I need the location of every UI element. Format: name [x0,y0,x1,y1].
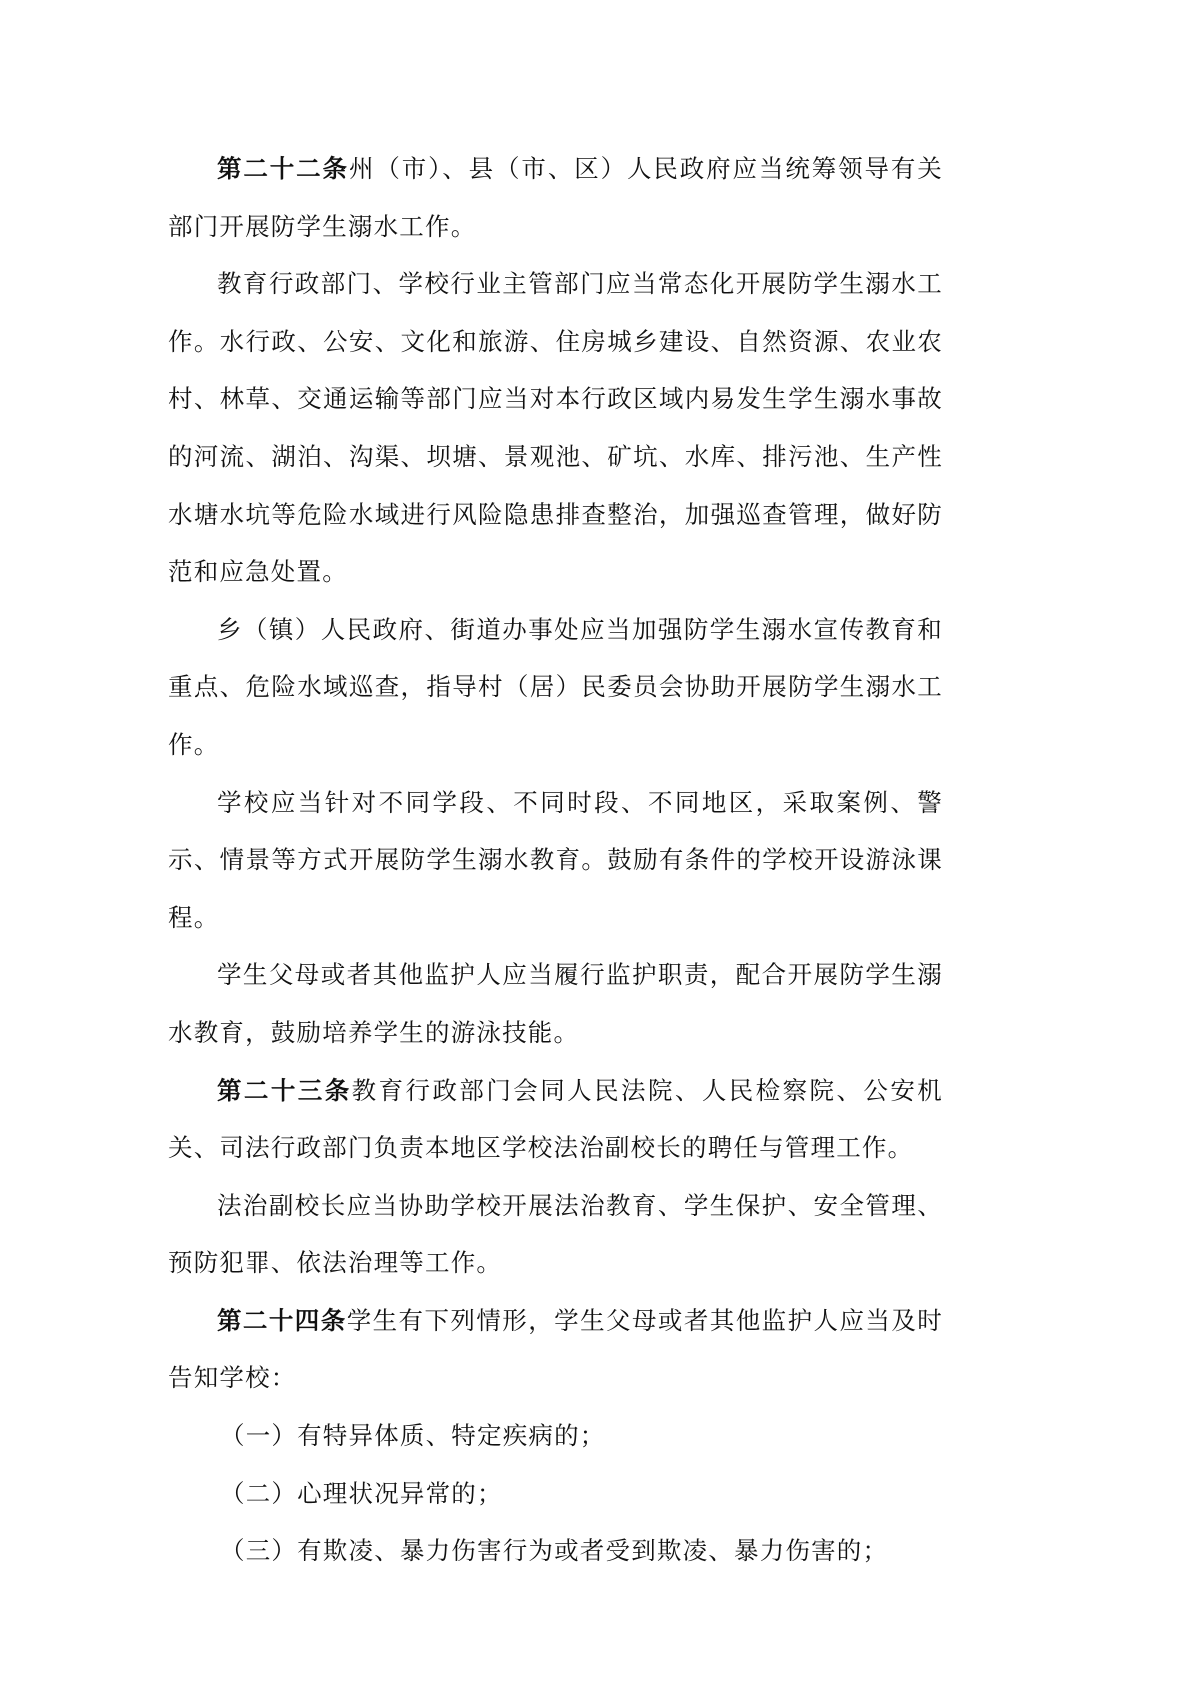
document-page: 第二十二条州（市）、县（市、区）人民政府应当统筹领导有关部门开展防学生溺水工作。… [168,140,943,1580]
paragraph: 学校应当针对不同学段、不同时段、不同地区，采取案例、警示、情景等方式开展防学生溺… [168,774,943,947]
paragraph-text: 乡（镇）人民政府、街道办事处应当加强防学生溺水宣传教育和重点、危险水域巡查，指导… [168,615,943,759]
paragraph: 教育行政部门、学校行业主管部门应当常态化开展防学生溺水工作。水行政、公安、文化和… [168,255,943,601]
article-22-paragraph: 第二十二条州（市）、县（市、区）人民政府应当统筹领导有关部门开展防学生溺水工作。 [168,140,943,255]
list-item: （三）有欺凌、暴力伤害行为或者受到欺凌、暴力伤害的； [168,1522,943,1580]
paragraph-text: 学校应当针对不同学段、不同时段、不同地区，采取案例、警示、情景等方式开展防学生溺… [168,788,943,932]
paragraph-text: 教育行政部门、学校行业主管部门应当常态化开展防学生溺水工作。水行政、公安、文化和… [168,269,943,586]
list-item: （一）有特异体质、特定疾病的； [168,1407,943,1465]
article-heading: 第二十四条 [217,1306,347,1335]
article-heading: 第二十三条 [217,1076,352,1105]
paragraph: 法治副校长应当协助学校开展法治教育、学生保护、安全管理、预防犯罪、依法治理等工作… [168,1177,943,1292]
article-24-paragraph: 第二十四条学生有下列情形，学生父母或者其他监护人应当及时告知学校： [168,1292,943,1407]
paragraph: 学生父母或者其他监护人应当履行监护职责，配合开展防学生溺水教育，鼓励培养学生的游… [168,946,943,1061]
paragraph: 乡（镇）人民政府、街道办事处应当加强防学生溺水宣传教育和重点、危险水域巡查，指导… [168,601,943,774]
paragraph-text: 法治副校长应当协助学校开展法治教育、学生保护、安全管理、预防犯罪、依法治理等工作… [168,1191,943,1278]
article-heading: 第二十二条 [217,154,349,183]
paragraph-text: 学生父母或者其他监护人应当履行监护职责，配合开展防学生溺水教育，鼓励培养学生的游… [168,960,943,1047]
list-item: （二）心理状况异常的； [168,1465,943,1523]
article-23-paragraph: 第二十三条教育行政部门会同人民法院、人民检察院、公安机关、司法行政部门负责本地区… [168,1062,943,1177]
